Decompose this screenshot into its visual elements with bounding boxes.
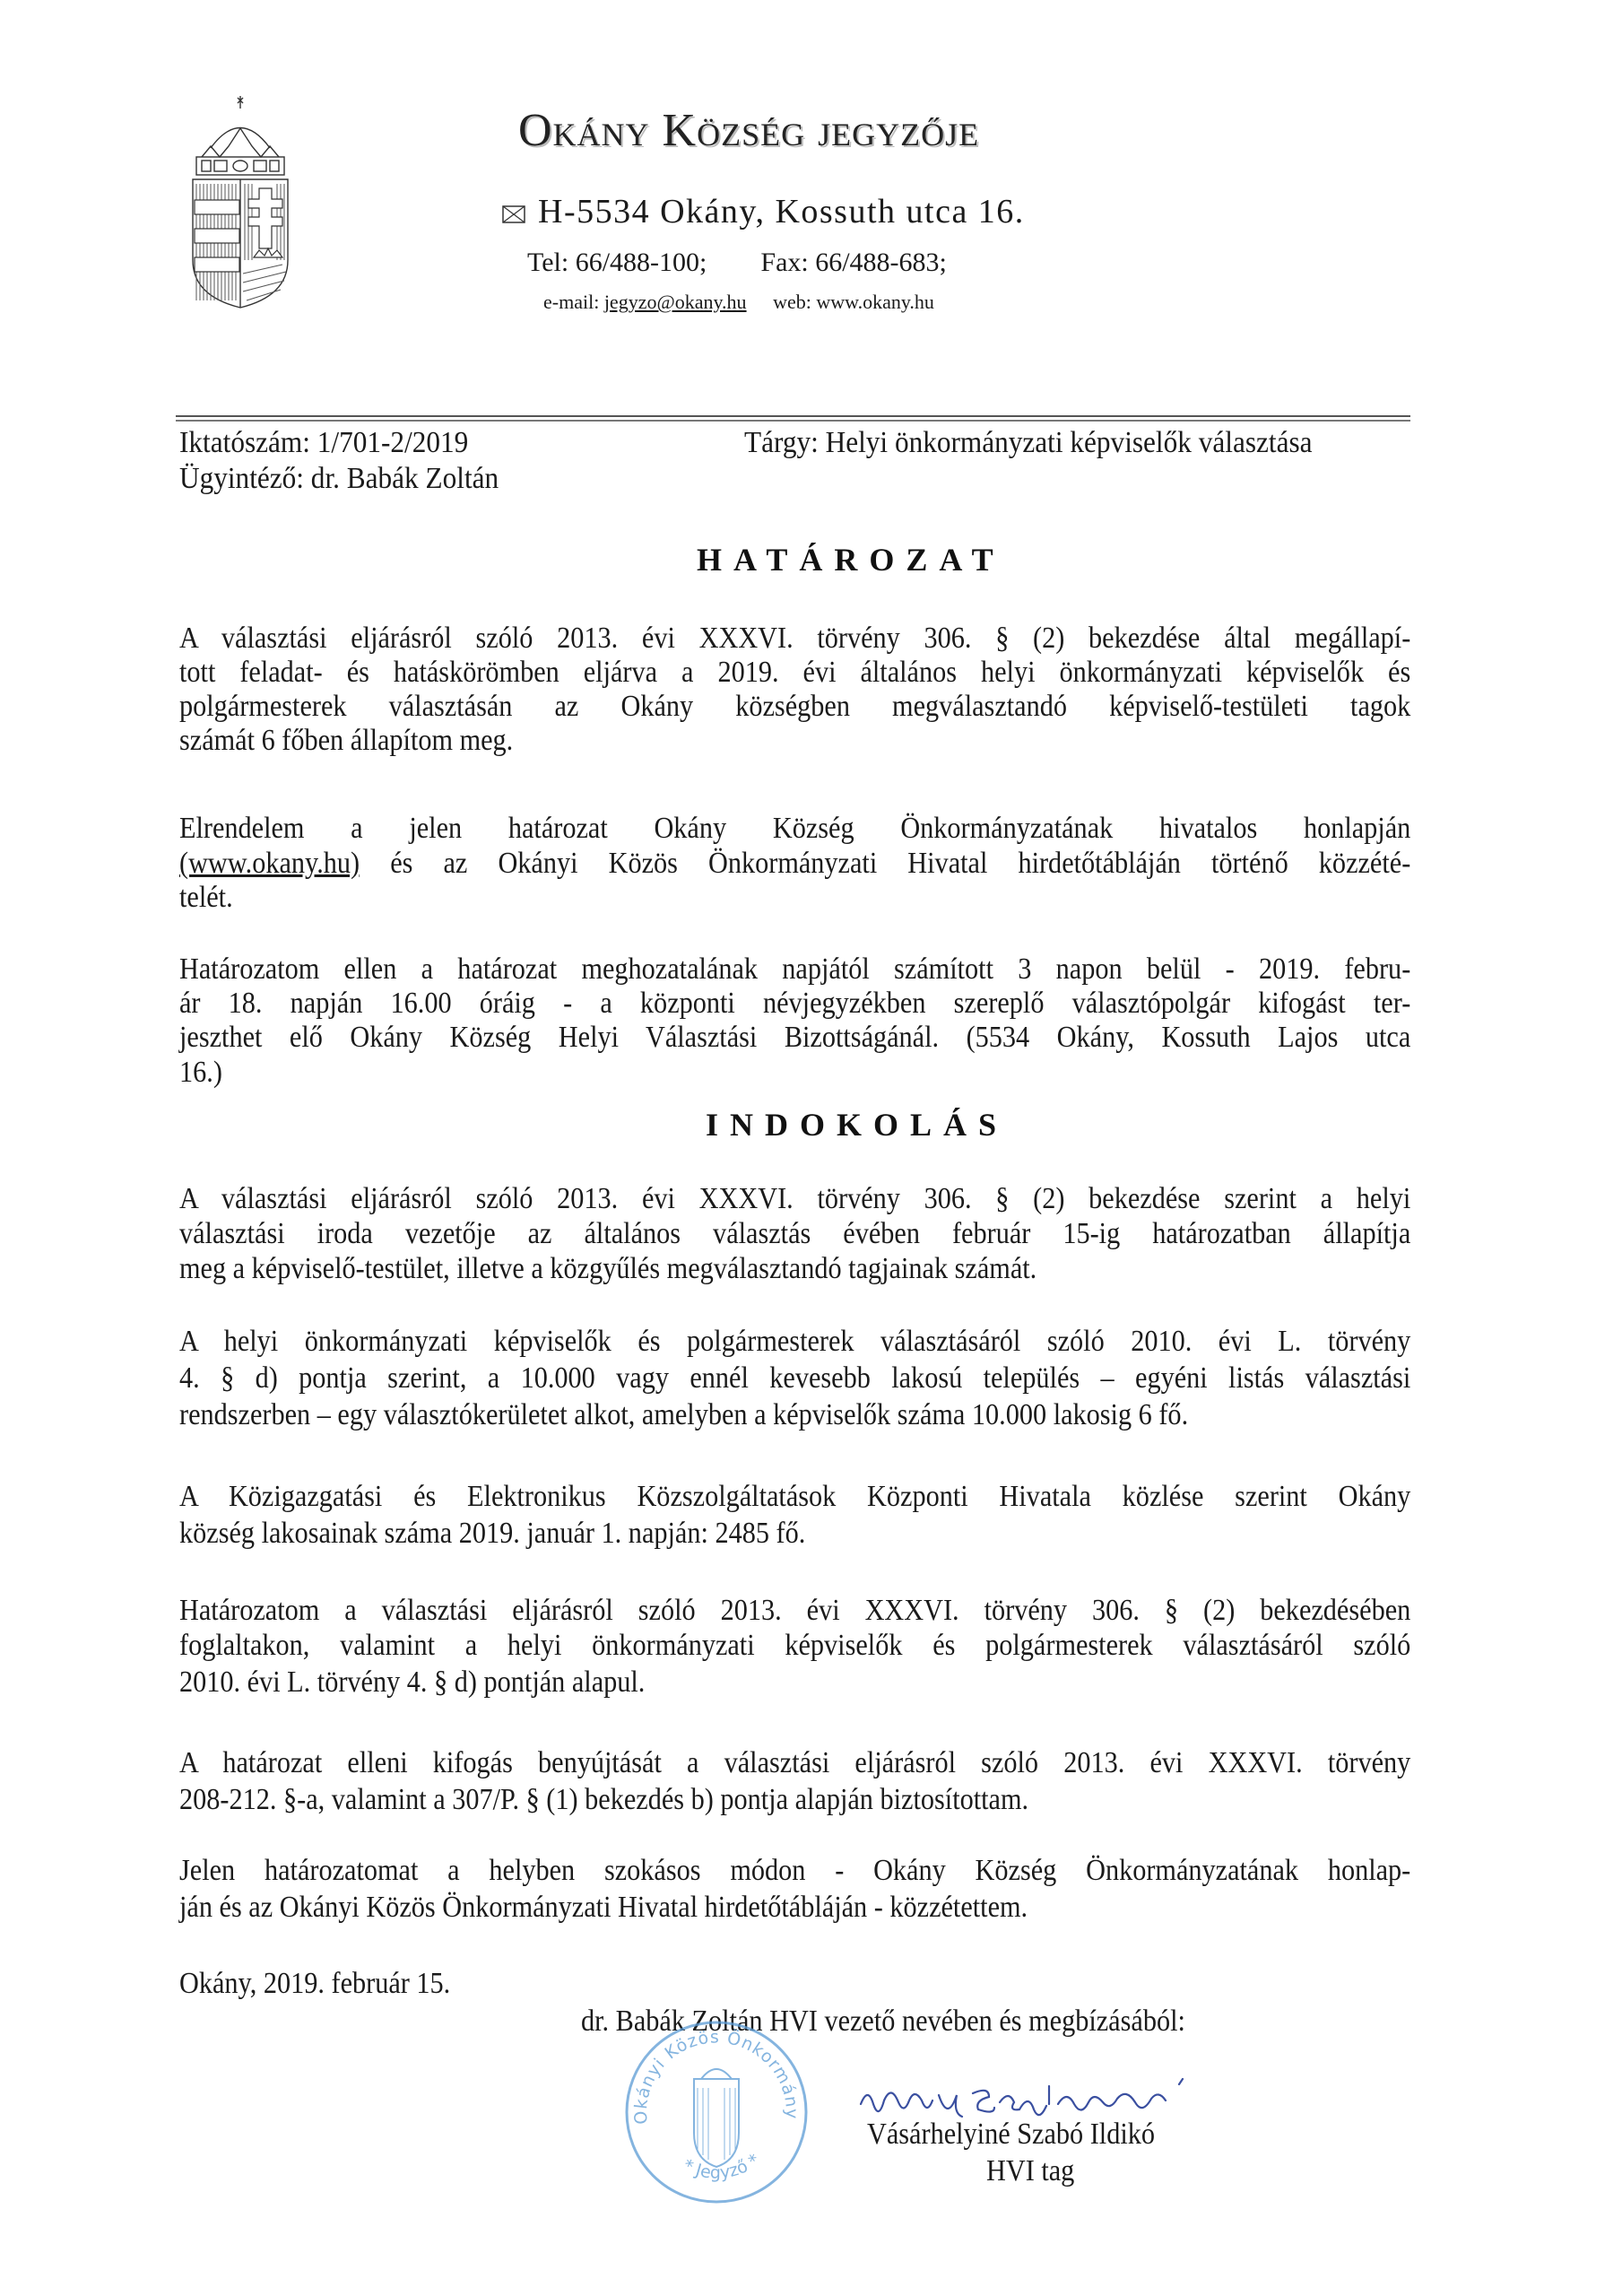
issuer-address: H-5534 Okány, Kossuth utca 16.	[502, 192, 1025, 231]
paragraph-line: (www.okany.hu) és az Okányi Közös Önkorm…	[179, 847, 1410, 881]
paragraph-line: A Közigazgatási és Elektronikus Közszolg…	[179, 1480, 1410, 1514]
paragraph-line: 208-212. §-a, valamint a 307/P. § (1) be…	[179, 1783, 1410, 1817]
svg-text:* Jegyző *: * Jegyző *	[680, 2150, 763, 2182]
paragraph-line: Határozatom a választási eljárásról szól…	[179, 1594, 1410, 1628]
paragraph-line: jeszthet elő Okány Község Helyi Választá…	[179, 1021, 1410, 1055]
case-handler: Ügyintéző: dr. Babák Zoltán	[179, 461, 499, 497]
paragraph-line: 2010. évi L. törvény 4. § d) pontján ala…	[179, 1665, 1410, 1700]
paragraph-line: 4. § d) pontja szerint, a 10.000 vagy en…	[179, 1361, 1410, 1396]
paragraph-line: polgármesterek választásán az Okány közs…	[179, 690, 1410, 724]
paragraph-line: Elrendelem a jelen határozat Okány Közsé…	[179, 812, 1410, 846]
paragraph-line: meg a képviselő-testület, illetve a közg…	[179, 1252, 1410, 1286]
official-stamp-icon: Okányi Közös Önkormányzati Hivatal * Jeg…	[620, 2016, 812, 2208]
signer-role: HVI tag	[986, 2154, 1622, 2188]
paragraph-line: telét.	[179, 881, 1410, 915]
paragraph-line: ár 18. napján 16.00 óráig - a központi n…	[179, 987, 1410, 1021]
decision-heading: HATÁROZAT	[697, 542, 1005, 578]
signer-name: Vásárhelyiné Szabó Ildikó	[867, 2118, 1622, 2152]
paragraph-line: A választási eljárásról szóló 2013. évi …	[179, 1182, 1410, 1216]
paragraph-line: A helyi önkormányzati képviselők és polg…	[179, 1325, 1410, 1359]
phone-fax-line: Tel: 66/488-100;Fax: 66/488-683;	[527, 248, 947, 278]
web-address: www.okany.hu	[816, 291, 934, 313]
paragraph-line: község lakosainak száma 2019. január 1. …	[179, 1517, 1410, 1551]
paragraph-line: választási iroda vezetője az általános v…	[179, 1217, 1410, 1251]
website-link[interactable]: (www.okany.hu)	[179, 847, 360, 880]
paragraph-line: tott feladat- és hatáskörömben eljárva a…	[179, 656, 1410, 690]
paragraph-line: rendszerben – egy választókerületet alko…	[179, 1398, 1410, 1432]
paragraph-line: Jelen határozatomat a helyben szokásos m…	[179, 1854, 1410, 1888]
paragraph-text: és az Okányi Közös Önkormányzati Hivatal…	[390, 847, 1410, 880]
coat-of-arms-icon	[184, 94, 296, 309]
subject: Tárgy: Helyi önkormányzati képviselők vá…	[744, 425, 1313, 461]
letterhead-divider	[176, 415, 1410, 422]
paragraph-line: A választási eljárásról szóló 2013. évi …	[179, 622, 1410, 656]
envelope-icon	[502, 205, 525, 223]
email-label: e-mail:	[543, 291, 599, 313]
paragraph-line: számát 6 főben állapítom meg.	[179, 724, 1410, 758]
paragraph-line: 16.)	[179, 1056, 1410, 1090]
web-label: web:	[773, 291, 811, 313]
contact-line: e-mail: jegyzo@okany.hu web: www.okany.h…	[543, 291, 934, 314]
justification-heading: INDOKOLÁS	[706, 1107, 1008, 1143]
paragraph-line: A határozat elleni kifogás benyújtását a…	[179, 1746, 1410, 1780]
paragraph-line: ján és az Okányi Közös Önkormányzati Hiv…	[179, 1891, 1410, 1925]
email-link[interactable]: jegyzo@okany.hu	[604, 291, 747, 313]
place-and-date: Okány, 2019. február 15.	[179, 1967, 1275, 2001]
stamp-text-bottom: * Jegyző *	[680, 2150, 763, 2182]
address-text: H-5534 Okány, Kossuth utca 16.	[538, 193, 1025, 230]
case-number: Iktatószám: 1/701-2/2019	[179, 425, 468, 461]
issuer-title: Okány Község jegyzője	[518, 106, 1074, 156]
paragraph-line: Határozatom ellen a határozat meghozatal…	[179, 952, 1410, 987]
fax-number: Fax: 66/488-683;	[760, 248, 947, 277]
paragraph-line: foglaltakon, valamint a helyi önkormányz…	[179, 1629, 1410, 1663]
phone-number: Tel: 66/488-100;	[527, 248, 707, 277]
